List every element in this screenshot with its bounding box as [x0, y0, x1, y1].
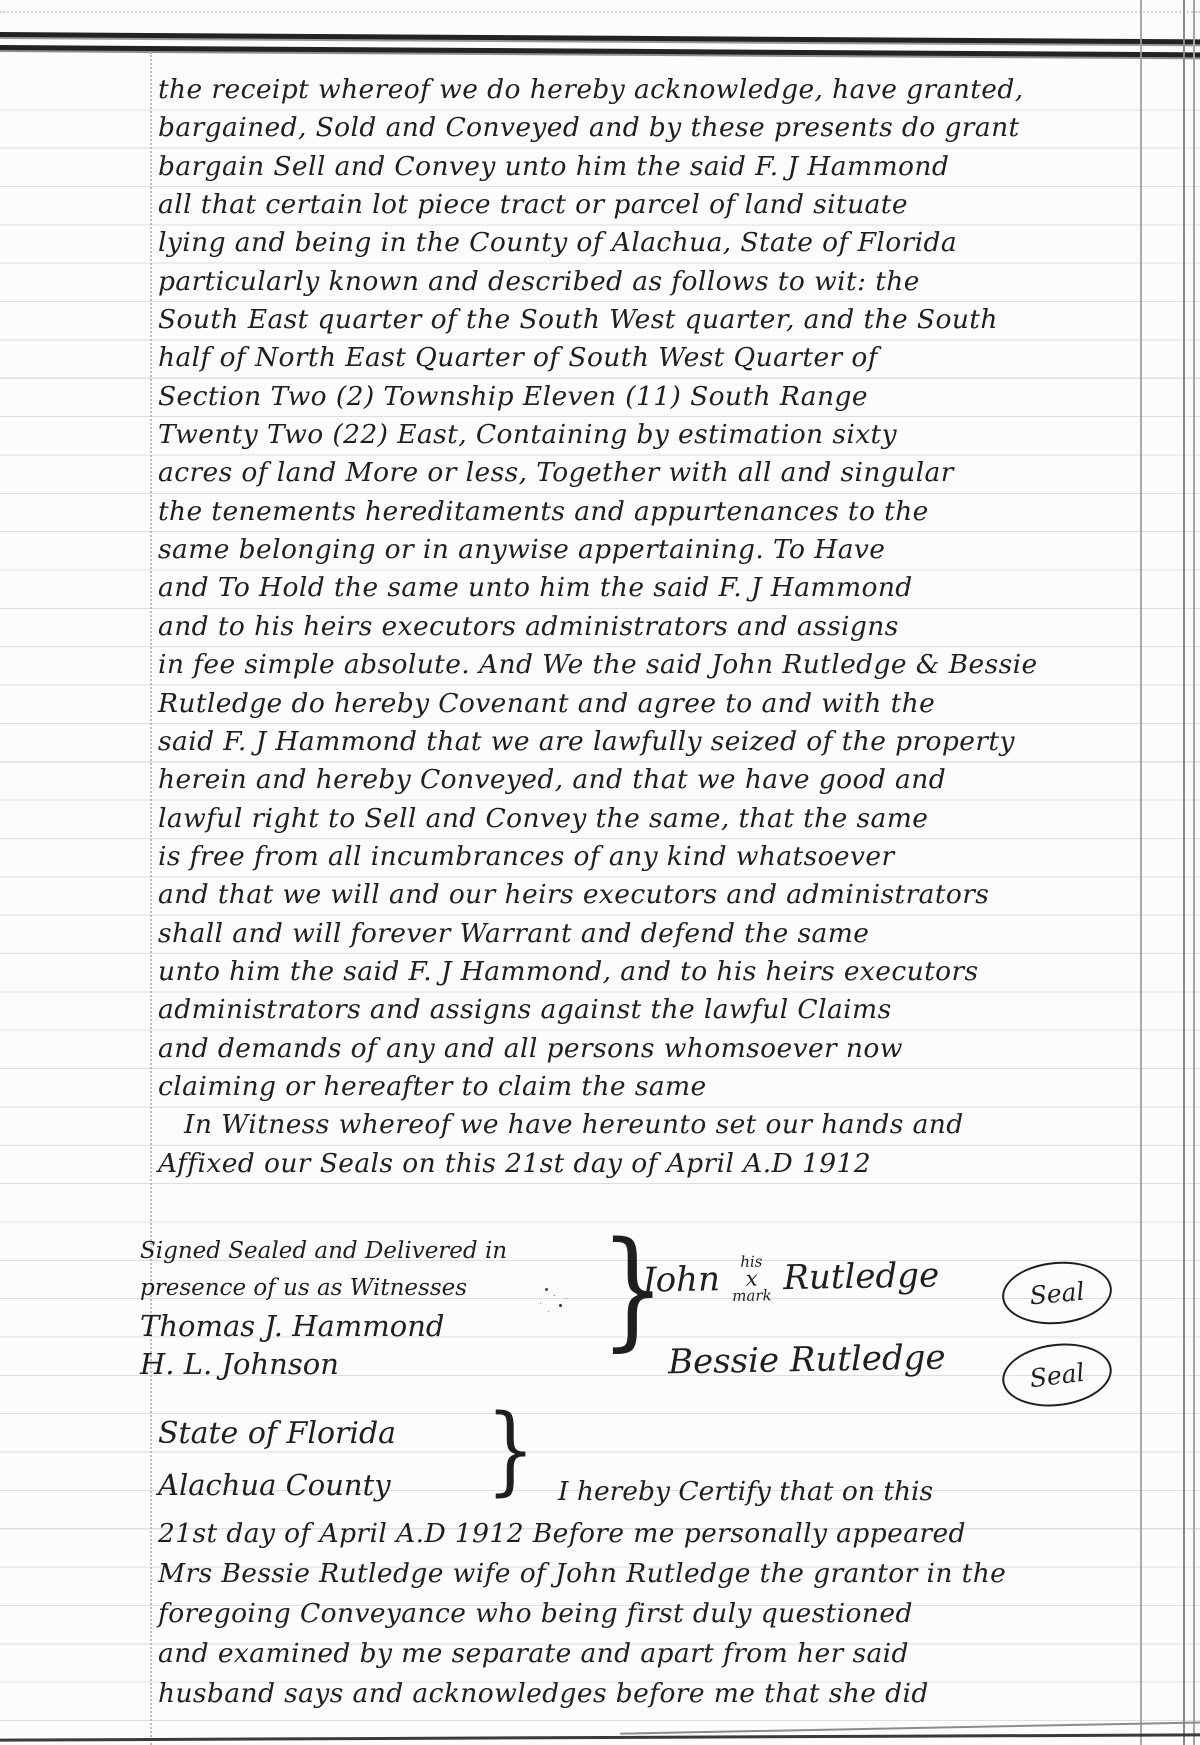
deed-line: lawful right to Sell and Convey the same…	[158, 800, 1118, 838]
page-edge-rule-inner	[1193, 0, 1195, 1745]
page-edge-rule-outer	[1183, 0, 1185, 1745]
deed-line: Twenty Two (22) East, Containing by esti…	[158, 416, 1118, 454]
deed-line-date: Affixed our Seals on this 21st day of Ap…	[158, 1145, 1118, 1183]
deed-line: said F. J Hammond that we are lawfully s…	[158, 723, 1118, 761]
deed-line: and demands of any and all persons whoms…	[158, 1030, 1118, 1068]
right-column-rule	[1140, 0, 1142, 1745]
notary-line: foregoing Conveyance who being first dul…	[158, 1594, 1006, 1634]
grantor-signature-bessie-rutledge: Bessie Rutledge	[668, 1338, 946, 1383]
ledger-header-rule-bottom	[0, 45, 1200, 57]
deed-line: unto him the said F. J Hammond, and to h…	[158, 953, 1118, 991]
deed-body-text: the receipt whereof we do hereby acknowl…	[158, 71, 1118, 1183]
notary-line: Mrs Bessie Rutledge wife of John Rutledg…	[158, 1554, 1006, 1594]
deed-line: South East quarter of the South West qua…	[158, 301, 1118, 339]
deed-line: bargained, Sold and Conveyed and by thes…	[158, 109, 1118, 147]
seal-label: Seal	[1028, 1276, 1085, 1310]
seal-label: Seal	[1028, 1357, 1086, 1392]
deed-line: lying and being in the County of Alachua…	[158, 224, 1118, 262]
deed-line: is free from all incumbrances of any kin…	[158, 838, 1118, 876]
ink-specks	[545, 1288, 548, 1291]
notary-text-lines: 21st day of April A.D 1912 Before me per…	[158, 1514, 1006, 1714]
witness-signature-hl-johnson: H. L. Johnson	[140, 1345, 620, 1383]
deed-line: claiming or hereafter to claim the same	[158, 1068, 1118, 1106]
his-mark-x: his x mark	[731, 1254, 771, 1304]
signature-last-name: Rutledge	[783, 1256, 939, 1299]
deed-line: all that certain lot piece tract or parc…	[158, 186, 1118, 224]
signature-name: Bessie Rutledge	[668, 1338, 946, 1383]
deed-line: in fee simple absolute. And We the said …	[158, 646, 1118, 684]
deed-line: the tenements hereditaments and appurten…	[158, 493, 1118, 531]
mark-label-mark: mark	[732, 1288, 772, 1304]
signature-first-name: John	[642, 1260, 721, 1301]
state-of-florida-line: State of Florida	[158, 1416, 396, 1451]
deed-line: and To Hold the same unto him the said F…	[158, 569, 1118, 607]
notary-line: 21st day of April A.D 1912 Before me per…	[158, 1514, 1006, 1554]
venue-brace: }	[486, 1402, 535, 1498]
deed-line: and to his heirs executors administrator…	[158, 608, 1118, 646]
witness-attestation-block: Signed Sealed and Delivered in presence …	[140, 1233, 620, 1383]
deed-line: herein and hereby Conveyed, and that we …	[158, 761, 1118, 799]
grantor-signature-john-rutledge: John his x mark Rutledge	[642, 1251, 940, 1305]
deed-line: administrators and assigns against the l…	[158, 991, 1118, 1029]
deed-line: and that we will and our heirs executors…	[158, 876, 1118, 914]
deed-line: bargain Sell and Convey unto him the sai…	[158, 148, 1118, 186]
notary-line: and examined by me separate and apart fr…	[158, 1634, 1006, 1674]
witness-clause-line-1: Signed Sealed and Delivered in	[140, 1233, 620, 1270]
deed-line-in-witness: In Witness whereof we have hereunto set …	[158, 1106, 1118, 1144]
left-margin-rule	[150, 52, 152, 1745]
deed-line: shall and will forever Warrant and defen…	[158, 915, 1118, 953]
deed-line: acres of land More or less, Together wit…	[158, 454, 1118, 492]
deed-line: same belonging or in anywise appertainin…	[158, 531, 1118, 569]
witness-clause-line-2: presence of us as Witnesses	[140, 1270, 620, 1307]
ledger-header-rule-top	[0, 32, 1200, 44]
deed-line: Rutledge do hereby Covenant and agree to…	[158, 685, 1118, 723]
witness-signature-thomas-hammond: Thomas J. Hammond	[140, 1307, 620, 1345]
page-bottom-edge	[0, 1733, 1200, 1741]
notary-line: husband says and acknowledges before me …	[158, 1674, 1006, 1714]
scan-edge-dotted-line	[0, 11, 1200, 13]
deed-line: the receipt whereof we do hereby acknowl…	[158, 71, 1118, 109]
deed-line: half of North East Quarter of South West…	[158, 339, 1118, 377]
certify-intro-line: I hereby Certify that on this	[558, 1476, 933, 1507]
alachua-county-line: Alachua County	[158, 1468, 391, 1502]
deed-line: particularly known and described as foll…	[158, 263, 1118, 301]
deed-line: Section Two (2) Township Eleven (11) Sou…	[158, 378, 1118, 416]
scanned-deed-page: the receipt whereof we do hereby acknowl…	[0, 0, 1200, 1745]
